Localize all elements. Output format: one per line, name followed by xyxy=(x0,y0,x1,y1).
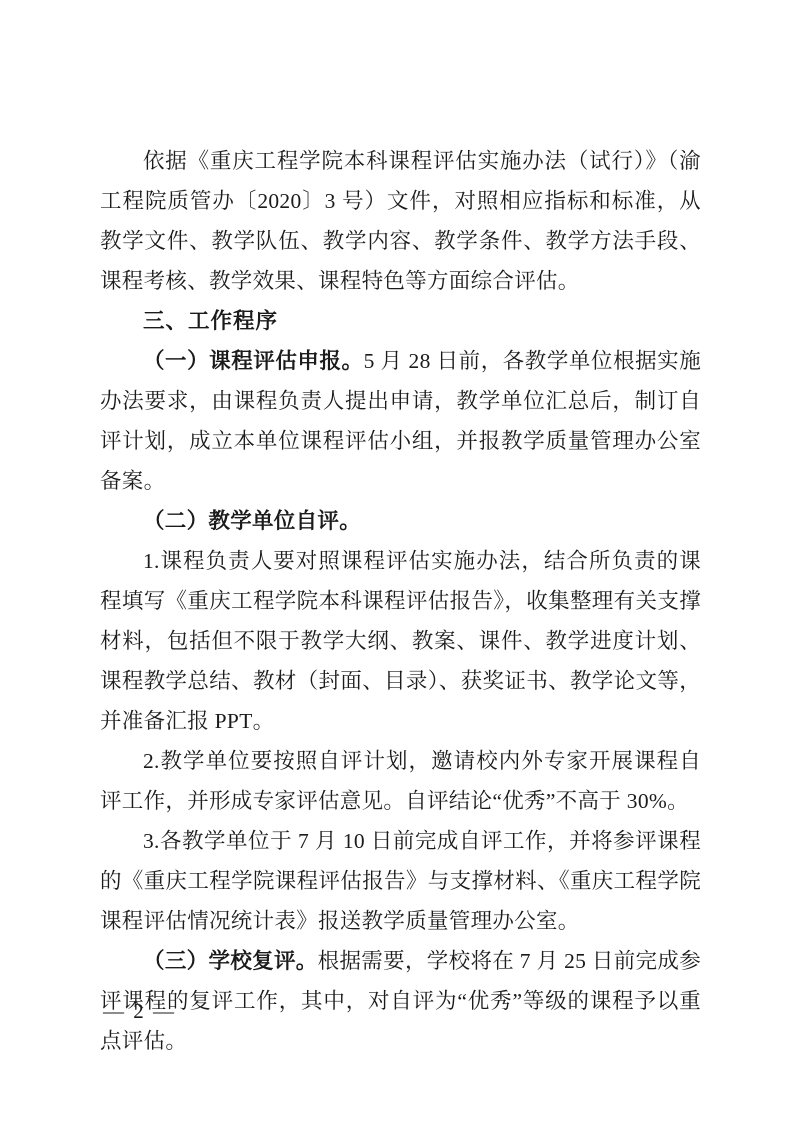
paragraph-selfeval-heading: （二）教学单位自评。 xyxy=(100,501,701,541)
paragraph-intro: 依据《重庆工程学院本科课程评估实施办法（试行）》（渝工程院质管办〔2020〕3 … xyxy=(100,141,701,301)
document-page: 依据《重庆工程学院本科课程评估实施办法（试行）》（渝工程院质管办〔2020〕3 … xyxy=(0,0,793,1122)
paragraph-declare: （一）课程评估申报。5 月 28 日前，各教学单位根据实施办法要求，由课程负责人… xyxy=(100,341,701,501)
paragraph-review-lead: （三）学校复评。 xyxy=(143,949,318,973)
paragraph-declare-lead: （一）课程评估申报。 xyxy=(143,349,364,373)
paragraph-item-3: 3.各教学单位于 7 月 10 日前完成自评工作，并将参评课程的《重庆工程学院课… xyxy=(100,821,701,941)
paragraph-item-3-text: 3.各教学单位于 7 月 10 日前完成自评工作，并将参评课程的《重庆工程学院课… xyxy=(100,829,701,933)
paragraph-review: （三）学校复评。根据需要，学校将在 7 月 25 日前完成参评课程的复评工作，其… xyxy=(100,941,701,1061)
paragraph-item-2-text: 2.教学单位要按照自评计划，邀请校内外专家开展课程自评工作，并形成专家评估意见。… xyxy=(100,749,701,813)
page-number: — 2 — xyxy=(103,997,176,1025)
paragraph-item-1: 1.课程负责人要对照课程评估实施办法，结合所负责的课程填写《重庆工程学院本科课程… xyxy=(100,541,701,741)
paragraph-item-2: 2.教学单位要按照自评计划，邀请校内外专家开展课程自评工作，并形成专家评估意见。… xyxy=(100,741,701,821)
document-body: 依据《重庆工程学院本科课程评估实施办法（试行）》（渝工程院质管办〔2020〕3 … xyxy=(100,141,701,1061)
section-heading: 三、工作程序 xyxy=(100,301,701,341)
paragraph-item-1-text: 1.课程负责人要对照课程评估实施办法，结合所负责的课程填写《重庆工程学院本科课程… xyxy=(100,549,701,733)
paragraph-selfeval-lead: （二）教学单位自评。 xyxy=(143,509,361,533)
